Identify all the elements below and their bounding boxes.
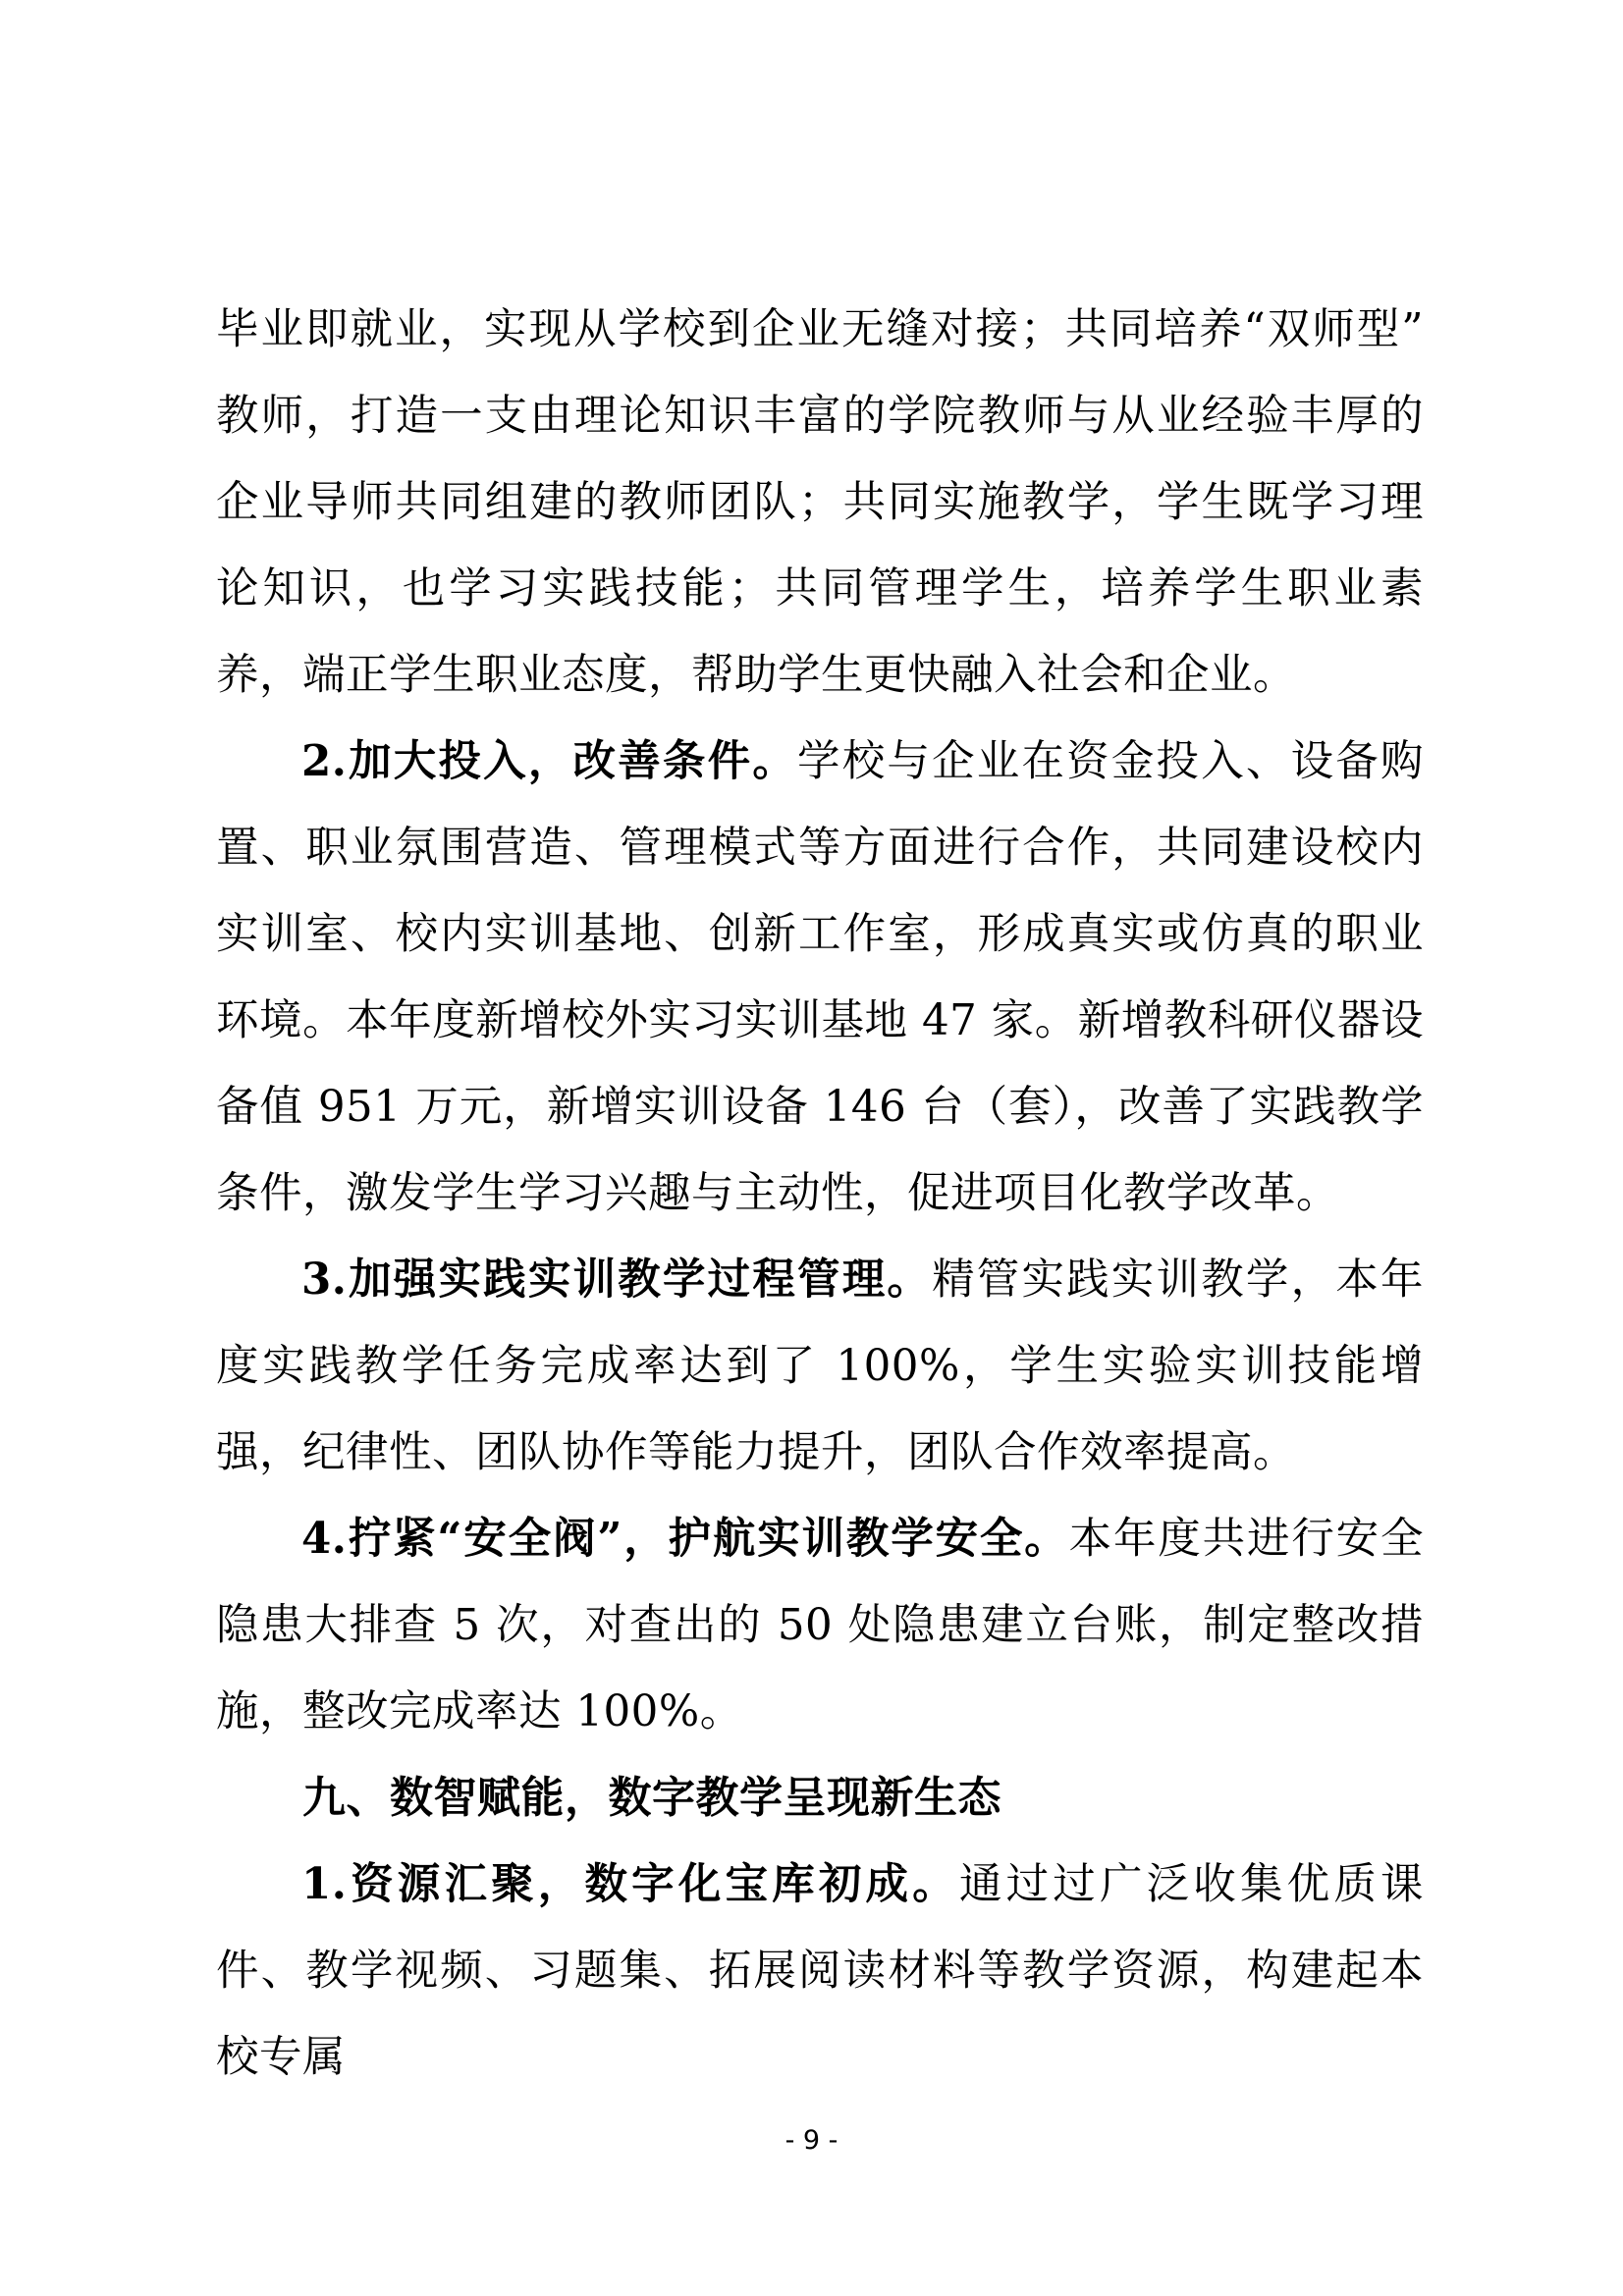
body-paragraph-2: 2.加大投入，改善条件。学校与企业在资金投入、设备购置、职业氛围营造、管理模式等…: [216, 719, 1424, 1237]
paragraph-text: 毕业即就业，实现从学校到企业无缝对接；共同培养“双师型”教师，打造一支由理论知识…: [216, 305, 1424, 700]
body-paragraph-5: 1.资源汇聚，数字化宝库初成。通过过广泛收集优质课件、教学视频、习题集、拓展阅读…: [216, 1842, 1424, 2101]
paragraph-lead: 1.资源汇聚，数字化宝库初成。: [301, 1859, 959, 1909]
document-body: 毕业即就业，实现从学校到企业无缝对接；共同培养“双师型”教师，打造一支由理论知识…: [216, 287, 1424, 2101]
paragraph-lead: 3.加强实践实训教学过程管理。: [301, 1255, 932, 1305]
body-paragraph-3: 3.加强实践实训教学过程管理。精管实践实训教学，本年度实践教学任务完成率达到了 …: [216, 1237, 1424, 1496]
document-page: 毕业即就业，实现从学校到企业无缝对接；共同培养“双师型”教师，打造一支由理论知识…: [0, 0, 1623, 2296]
paragraph-lead: 2.加大投入，改善条件。: [301, 736, 797, 786]
page-number: - 9 -: [0, 2123, 1623, 2159]
paragraph-text: 学校与企业在资金投入、设备购置、职业氛围营造、管理模式等方面进行合作，共同建设校…: [216, 737, 1424, 1218]
paragraph-lead: 4.拧紧“安全阀”，护航实训教学安全。: [301, 1514, 1069, 1564]
section-heading: 九、数智赋能，数字教学呈现新生态: [216, 1755, 1424, 1842]
body-paragraph-4: 4.拧紧“安全阀”，护航实训教学安全。本年度共进行安全隐患大排查 5 次，对查出…: [216, 1496, 1424, 1755]
body-paragraph-continuation: 毕业即就业，实现从学校到企业无缝对接；共同培养“双师型”教师，打造一支由理论知识…: [216, 287, 1424, 719]
